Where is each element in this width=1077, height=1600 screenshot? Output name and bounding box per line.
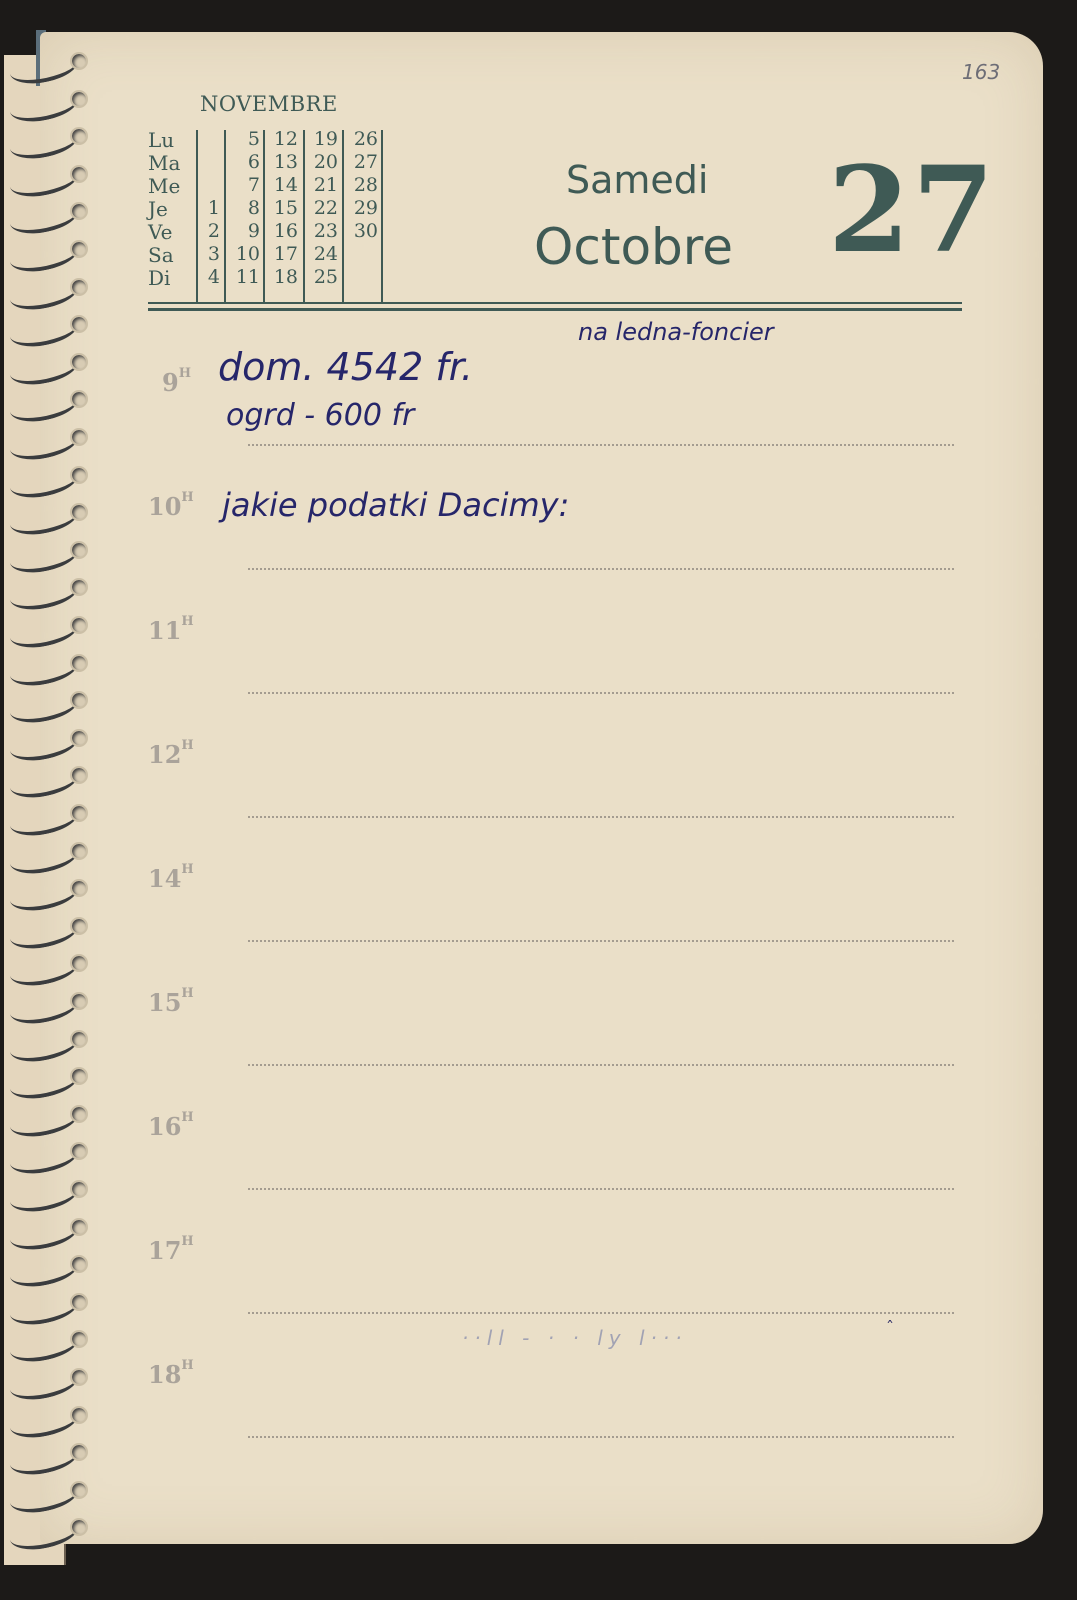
spiral-coil	[6, 1449, 86, 1473]
spiral-coil	[6, 58, 86, 82]
hour-line	[248, 568, 954, 570]
spiral-coil	[6, 246, 86, 270]
calendar-date: 18	[266, 266, 298, 288]
hour-number: 16	[148, 1112, 181, 1141]
spiral-coil	[6, 171, 86, 195]
punch-hole	[70, 804, 88, 822]
punch-hole	[70, 1330, 88, 1348]
hour-number: 15	[148, 988, 181, 1017]
hour-number: 18	[148, 1360, 181, 1389]
hour-suffix: H	[181, 738, 193, 753]
spiral-coil	[6, 1487, 86, 1511]
hour-line	[248, 940, 954, 942]
punch-hole	[70, 879, 88, 897]
spiral-coil	[6, 697, 86, 721]
punch-hole	[70, 315, 88, 333]
punch-hole	[70, 1255, 88, 1273]
punch-hole	[70, 278, 88, 296]
hour-suffix: H	[181, 1234, 193, 1249]
hour-suffix: H	[181, 1110, 193, 1125]
calendar-date: 7	[228, 174, 260, 196]
spiral-coil	[6, 1186, 86, 1210]
hour-line	[248, 1188, 954, 1190]
hour-suffix: H	[181, 862, 193, 877]
punch-hole	[70, 766, 88, 784]
calendar-date: 20	[306, 151, 338, 173]
weekday-label: Je	[148, 197, 168, 221]
punch-hole	[70, 954, 88, 972]
calendar-date: 17	[266, 243, 298, 265]
calendar-date: 13	[266, 151, 298, 173]
spiral-coil	[6, 1336, 86, 1360]
calendar-date: 22	[306, 197, 338, 219]
spiral-coil	[6, 885, 86, 909]
calendar-divider	[196, 130, 198, 302]
punch-hole	[70, 1105, 88, 1123]
hour-label: 17H	[148, 1236, 194, 1265]
punch-hole	[70, 1443, 88, 1461]
spiral-coil	[6, 772, 86, 796]
calendar-date: 24	[306, 243, 338, 265]
spiral-coil	[6, 284, 86, 308]
hour-label: 12H	[148, 740, 194, 769]
punch-hole	[70, 1518, 88, 1536]
punch-hole	[70, 127, 88, 145]
calendar-date: 12	[266, 128, 298, 150]
header-rule	[148, 308, 962, 311]
calendar-date: 1	[200, 197, 220, 219]
spiral-coil	[6, 1036, 86, 1060]
hour-label: 15H	[148, 988, 194, 1017]
hour-label: 9H	[162, 368, 191, 397]
spiral-coil	[6, 1299, 86, 1323]
calendar-date: 4	[200, 266, 220, 288]
hour-suffix: H	[181, 986, 193, 1001]
hour-number: 9	[162, 368, 179, 397]
calendar-date: 8	[228, 197, 260, 219]
punch-hole	[70, 1293, 88, 1311]
calendar-date: 9	[228, 220, 260, 242]
spiral-coil	[6, 810, 86, 834]
spiral-coil	[6, 848, 86, 872]
hour-suffix: H	[181, 490, 193, 505]
spiral-coil	[6, 396, 86, 420]
day-number: 27	[828, 140, 996, 279]
calendar-date: 10	[228, 243, 260, 265]
hour-line	[248, 816, 954, 818]
hour-number: 14	[148, 864, 181, 893]
calendar-divider	[342, 130, 344, 302]
hour-suffix: H	[181, 1358, 193, 1373]
calendar-date: 21	[306, 174, 338, 196]
calendar-date: 25	[306, 266, 338, 288]
spiral-binding	[0, 50, 100, 1570]
punch-hole	[70, 917, 88, 935]
spiral-coil	[6, 133, 86, 157]
weekday-label: Ma	[148, 151, 180, 175]
spiral-coil	[6, 472, 86, 496]
punch-hole	[70, 992, 88, 1010]
weekday-label: Sa	[148, 243, 174, 267]
punch-hole	[70, 1368, 88, 1386]
spiral-coil	[6, 960, 86, 984]
calendar-divider	[263, 130, 265, 302]
month-name: Octobre	[534, 218, 733, 276]
calendar-date: 19	[306, 128, 338, 150]
hour-line	[248, 1436, 954, 1438]
calendar-date: 14	[266, 174, 298, 196]
hour-line	[248, 1064, 954, 1066]
ink-mark: ˆ	[886, 1318, 894, 1337]
punch-hole	[70, 616, 88, 634]
calendar-divider	[381, 130, 383, 302]
hour-label: 11H	[148, 616, 194, 645]
punch-hole	[70, 691, 88, 709]
punch-hole	[70, 503, 88, 521]
calendar-date: 2	[200, 220, 220, 242]
spiral-coil	[6, 509, 86, 533]
spiral-coil	[6, 923, 86, 947]
punch-hole	[70, 466, 88, 484]
calendar-date: 28	[346, 174, 378, 196]
calendar-date: 15	[266, 197, 298, 219]
weekday-label: Di	[148, 266, 170, 290]
spiral-coil	[6, 660, 86, 684]
hour-suffix: H	[179, 366, 191, 381]
page-number: 163	[962, 60, 1000, 84]
hour-number: 11	[148, 616, 181, 645]
punch-hole	[70, 240, 88, 258]
hour-label: 10H	[148, 492, 194, 521]
punch-hole	[70, 428, 88, 446]
calendar-date: 23	[306, 220, 338, 242]
punch-hole	[70, 729, 88, 747]
calendar-date: 6	[228, 151, 260, 173]
calendar-date: 3	[200, 243, 220, 265]
hour-line	[248, 444, 954, 446]
spiral-coil	[6, 208, 86, 232]
spiral-coil	[6, 1524, 86, 1548]
punch-hole	[70, 1218, 88, 1236]
calendar-date: 30	[346, 220, 378, 242]
punch-hole	[70, 578, 88, 596]
spiral-coil	[6, 1412, 86, 1436]
calendar-divider	[303, 130, 305, 302]
punch-hole	[70, 1067, 88, 1085]
punch-hole	[70, 390, 88, 408]
punch-hole	[70, 842, 88, 860]
hour-label: 18H	[148, 1360, 194, 1389]
spiral-coil	[6, 735, 86, 759]
spiral-coil	[6, 998, 86, 1022]
spiral-coil	[6, 321, 86, 345]
hour-label: 16H	[148, 1112, 194, 1141]
hour-line	[248, 692, 954, 694]
punch-hole	[70, 165, 88, 183]
day-name: Samedi	[566, 158, 708, 202]
hour-number: 17	[148, 1236, 181, 1265]
spiral-coil	[6, 622, 86, 646]
punch-hole	[70, 52, 88, 70]
calendar-date: 29	[346, 197, 378, 219]
spiral-coil	[6, 584, 86, 608]
spiral-coil	[6, 1111, 86, 1135]
hour-suffix: H	[181, 614, 193, 629]
handwritten-note-line1: dom. 4542 fr.	[218, 345, 473, 389]
spiral-coil	[6, 1148, 86, 1172]
calendar-date: 5	[228, 128, 260, 150]
spiral-coil	[6, 547, 86, 571]
hour-label: 14H	[148, 864, 194, 893]
calendar-divider	[224, 130, 226, 302]
weekday-label: Ve	[148, 220, 172, 244]
punch-hole	[70, 1481, 88, 1499]
calendar-date: 11	[228, 266, 260, 288]
weekday-label: Lu	[148, 128, 174, 152]
weekday-label: Me	[148, 174, 180, 198]
punch-hole	[70, 90, 88, 108]
calendar-date: 26	[346, 128, 378, 150]
punch-hole	[70, 202, 88, 220]
spiral-coil	[6, 434, 86, 458]
punch-hole	[70, 1030, 88, 1048]
punch-hole	[70, 654, 88, 672]
spiral-coil	[6, 96, 86, 120]
hour-number: 10	[148, 492, 181, 521]
handwritten-note-line3: jakie podatki Dacimy:	[222, 486, 569, 524]
faded-handwriting: ··ll - · · ly l···	[462, 1326, 688, 1350]
punch-hole	[70, 1142, 88, 1160]
punch-hole	[70, 1180, 88, 1198]
spiral-coil	[6, 1261, 86, 1285]
spiral-coil	[6, 1224, 86, 1248]
calendar-date: 16	[266, 220, 298, 242]
mini-calendar-month: NOVEMBRE	[200, 92, 338, 116]
calendar-date: 27	[346, 151, 378, 173]
punch-hole	[70, 541, 88, 559]
hour-number: 12	[148, 740, 181, 769]
hour-line	[248, 1312, 954, 1314]
handwritten-note-line2: ogrd - 600 fr	[226, 398, 414, 433]
spiral-coil	[6, 1073, 86, 1097]
punch-hole	[70, 1406, 88, 1424]
handwritten-note-top: na ledna-foncier	[578, 318, 774, 346]
punch-hole	[70, 353, 88, 371]
header-rule	[148, 302, 962, 304]
spiral-coil	[6, 359, 86, 383]
spiral-coil	[6, 1374, 86, 1398]
